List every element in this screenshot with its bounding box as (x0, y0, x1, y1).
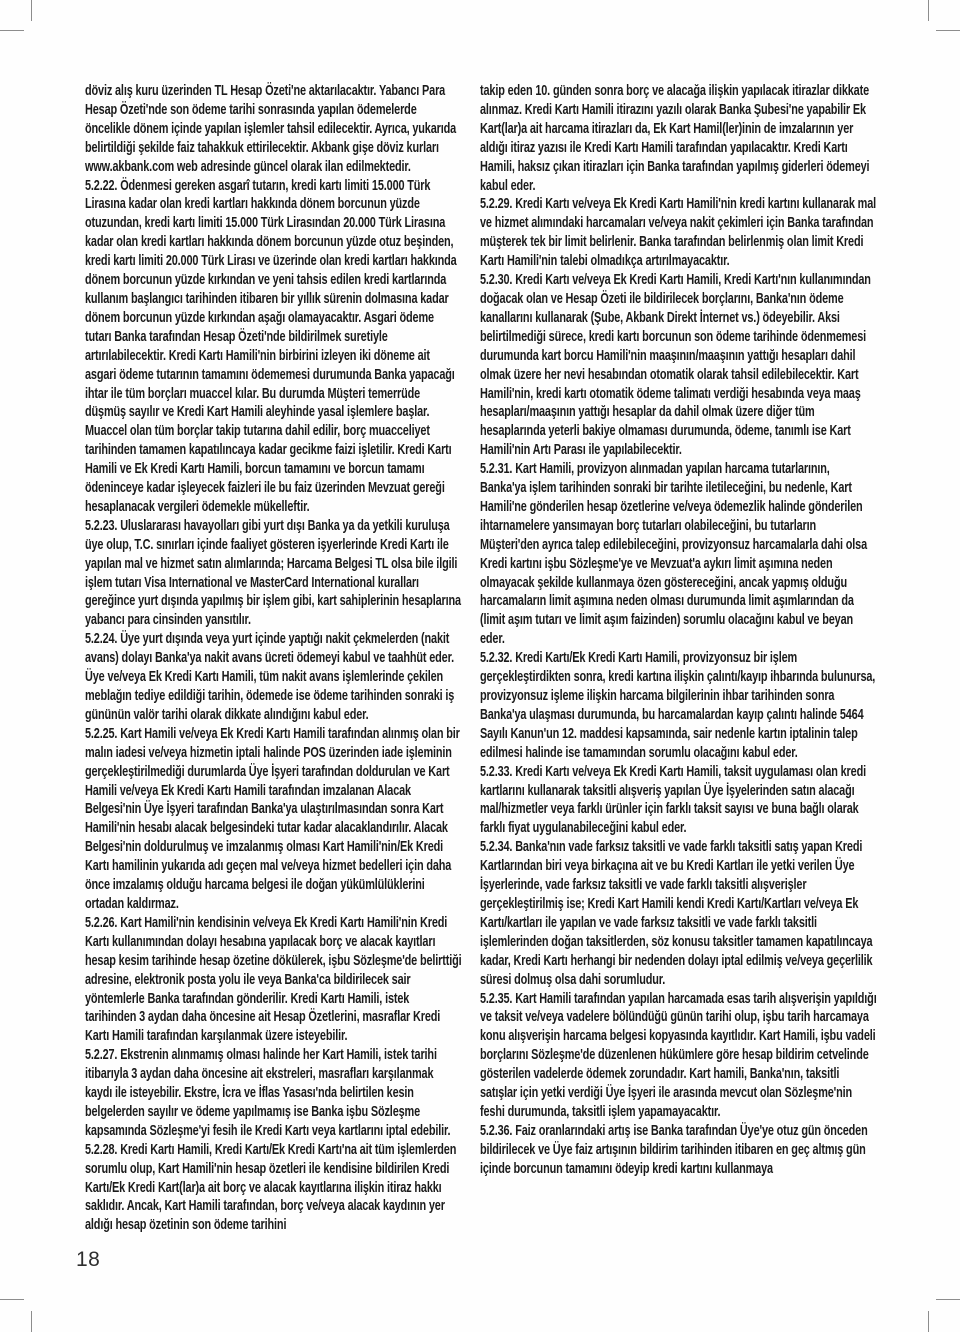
crop-mark-bottom-left-horizontal (0, 1299, 24, 1300)
clause-5-2-28: 5.2.28. Kredi Kartı Hamili, Kredi Kartı/… (85, 1141, 462, 1236)
crop-mark-top-left-vertical (31, 0, 32, 21)
crop-mark-top-right-horizontal (936, 30, 960, 31)
crop-mark-bottom-right-horizontal (936, 1299, 960, 1300)
crop-mark-top-right-vertical (928, 0, 929, 21)
clause-5-2-34: 5.2.34. Banka'nın vade farksız taksitli … (480, 838, 878, 989)
clause-5-2-31: 5.2.31. Kart Hamili, provizyon alınmadan… (480, 460, 878, 649)
crop-mark-bottom-right-vertical (928, 1311, 929, 1332)
page-number: 18 (76, 1248, 100, 1272)
paragraph-continuation: döviz alış kuru üzerinden TL Hesap Özeti… (85, 82, 462, 177)
crop-mark-bottom-left-vertical (31, 1311, 32, 1332)
contract-document-page: döviz alış kuru üzerinden TL Hesap Özeti… (0, 0, 960, 1332)
paragraph-continuation: takip eden 10. günden sonra borç ve alac… (480, 82, 878, 195)
clause-5-2-22: 5.2.22. Ödenmesi gereken asgarî tutarın,… (85, 177, 462, 517)
clause-5-2-29: 5.2.29. Kredi Kartı ve/veya Ek Kredi Kar… (480, 195, 878, 271)
clause-5-2-35: 5.2.35. Kart Hamili tarafından yapılan h… (480, 990, 878, 1122)
clause-5-2-25: 5.2.25. Kart Hamili ve/veya Ek Kredi Kar… (85, 725, 462, 914)
clause-5-2-27: 5.2.27. Ekstrenin alınmamış olması halin… (85, 1046, 462, 1141)
right-text-column: takip eden 10. günden sonra borç ve alac… (480, 82, 878, 1179)
left-text-column: döviz alış kuru üzerinden TL Hesap Özeti… (85, 82, 462, 1235)
clause-5-2-30: 5.2.30. Kredi Kartı ve/veya Ek Kredi Kar… (480, 271, 878, 460)
clause-5-2-36: 5.2.36. Faiz oranlarındaki artış ise Ban… (480, 1122, 878, 1179)
clause-5-2-33: 5.2.33. Kredi Kartı ve/veya Ek Kredi Kar… (480, 763, 878, 839)
clause-5-2-32: 5.2.32. Kredi Kartı/Ek Kredi Kartı Hamil… (480, 649, 878, 762)
clause-5-2-24: 5.2.24. Üye yurt dışında veya yurt içind… (85, 630, 462, 725)
clause-5-2-23: 5.2.23. Uluslararası havayolları gibi yu… (85, 517, 462, 630)
crop-mark-top-left-horizontal (0, 30, 24, 31)
clause-5-2-26: 5.2.26. Kart Hamili'nin kendisinin ve/ve… (85, 914, 462, 1046)
